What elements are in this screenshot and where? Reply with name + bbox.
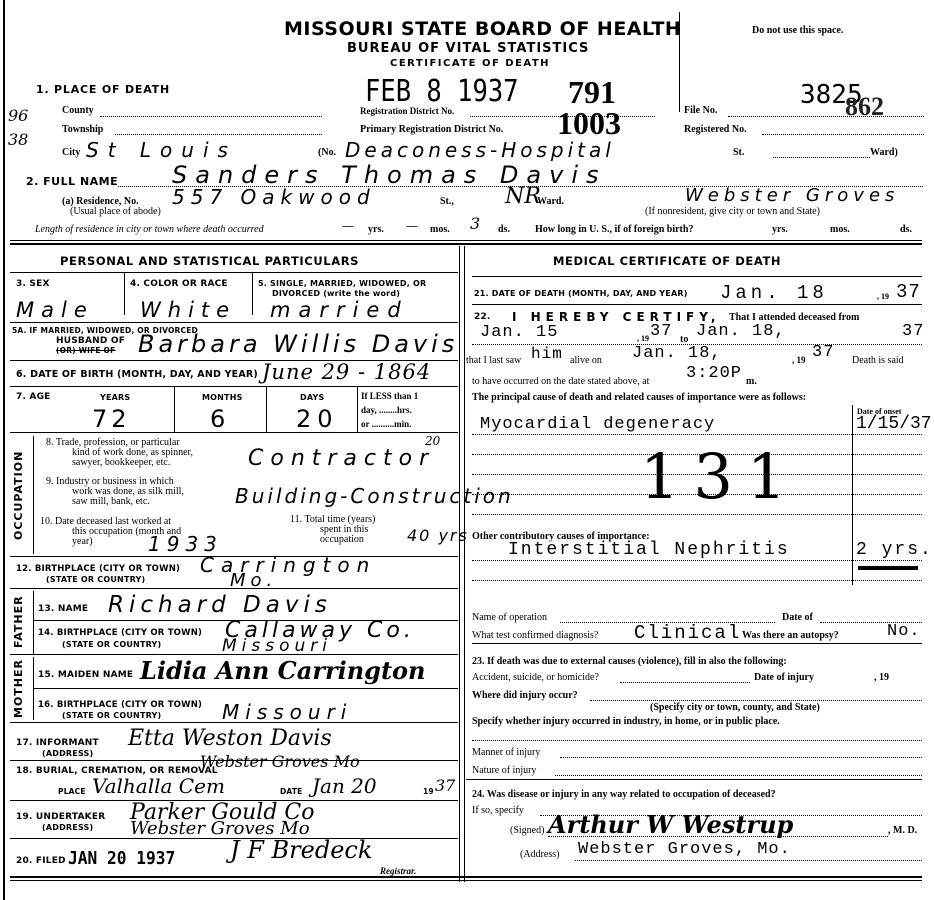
father-side-label: FATHER: [12, 595, 25, 648]
principal-cause-label: The principal cause of death and related…: [472, 392, 806, 403]
city-label: City: [62, 147, 80, 158]
primary-registration-label: Primary Registration District No.: [360, 124, 503, 135]
birthplace-city-value: Carrington: [200, 553, 376, 577]
row-7-rule: [10, 432, 458, 433]
days-label: DAYS: [300, 393, 324, 402]
burial-place-value: Valhalla Cem: [92, 774, 225, 798]
injury-year-label: , 19: [874, 672, 889, 683]
burial-date-value: Jan 20: [312, 774, 377, 798]
us-ds-label: ds.: [900, 224, 912, 235]
burial-place-label: PLACE: [58, 787, 86, 796]
header-bottom-rule-1: [10, 240, 922, 241]
autopsy-value: No.: [887, 622, 921, 641]
last-saw-label: that I last saw: [466, 355, 521, 366]
less-than-day-label-2: day, ........hrs.: [361, 405, 412, 415]
township-label: Township: [62, 124, 103, 135]
industry-value: Building-Construction: [235, 484, 514, 508]
footer-rule-1: [10, 876, 922, 878]
age-divider-2: [266, 387, 267, 432]
trade-value: Contractor: [248, 446, 435, 471]
attended-from-year-prefix: , 19: [637, 334, 649, 343]
age-years-value: 72: [92, 405, 131, 433]
file-no-overwrite: 862: [845, 92, 884, 122]
attended-from-value: Jan. 15: [480, 323, 558, 342]
marital-label-1: 5. SINGLE, MARRIED, WIDOWED, OR: [258, 279, 426, 288]
residence-sub-label: (Usual place of abode): [70, 206, 161, 217]
file-no-line: [728, 116, 924, 117]
institution-ward-label: Ward): [870, 147, 898, 158]
attended-from-year: 37: [650, 322, 672, 341]
death-said-label: Death is said: [852, 355, 904, 366]
burial-year-prefix: 19: [423, 787, 434, 796]
test-label: What test confirmed diagnosis?: [472, 630, 598, 641]
father-name-value: Richard Davis: [108, 592, 332, 618]
months-label: MONTHS: [202, 393, 243, 402]
informant-address-value: Webster Groves Mo: [200, 752, 360, 771]
nonresident-value: Webster Groves: [685, 185, 899, 206]
left-border: [3, 0, 5, 900]
sex-value: Male: [16, 298, 94, 322]
diagnosis-rule: [472, 643, 922, 644]
informant-label: 17. INFORMANT: [16, 738, 99, 748]
mother-name-rule: [34, 688, 458, 689]
length-mos-label: mos.: [430, 224, 450, 235]
length-mos-value: —: [406, 219, 418, 233]
length-yrs-label: yrs.: [368, 224, 384, 235]
attended-to-value: Jan. 18,: [696, 322, 786, 341]
file-no-label: File No.: [684, 105, 717, 116]
full-name-label: 2. FULL NAME: [26, 175, 118, 188]
nature-line: [555, 775, 922, 776]
county-label: County: [62, 105, 94, 116]
occupation-related-label: 24. Was disease or injury in any way rel…: [472, 789, 776, 800]
length-yrs-value: —: [342, 219, 354, 233]
race-value: White: [140, 298, 236, 322]
registered-no-line: [762, 134, 924, 135]
other-cause-value: Interstitial Nephritis: [508, 540, 790, 560]
last-saw-who: him: [531, 345, 563, 363]
physician-address-value: Webster Groves, Mo.: [578, 840, 791, 859]
injury-place-type-label: Specify whether injury occurred in indus…: [472, 716, 780, 727]
less-than-day-label-1: If LESS than 1: [361, 391, 418, 401]
father-birthplace-state-value: Missouri: [222, 636, 332, 656]
dob-label: 6. DATE OF BIRTH (MONTH, DAY, AND YEAR): [16, 369, 258, 380]
age-divider-3: [357, 387, 358, 432]
dob-value: June 29 - 1864: [262, 360, 431, 384]
total-time-value: 40 yrs: [407, 526, 469, 545]
row-3-rule: [10, 322, 458, 323]
last-worked-label-3: year): [72, 536, 93, 547]
manner-label: Manner of injury: [472, 747, 540, 758]
test-value: Clinical: [634, 622, 741, 644]
dod-year-prefix: , 19: [877, 292, 889, 301]
filed-label: 20. FILED: [16, 856, 66, 866]
marital-label-2: DIVORCED (write the word): [272, 289, 400, 298]
spouse-value: Barbara Willis Davis: [138, 330, 458, 358]
age-months-value: 6: [210, 405, 231, 433]
nature-label: Nature of injury: [472, 765, 536, 776]
us-mos-label: mos.: [830, 224, 850, 235]
signed-label: (Signed): [510, 825, 544, 836]
dod-label: 21. DATE OF DEATH (MONTH, DAY, AND YEAR): [474, 289, 688, 298]
medical-section-title: MEDICAL CERTIFICATE OF DEATH: [553, 254, 781, 268]
external-causes-label: 23. If death was due to external causes …: [472, 656, 787, 667]
mother-side-label: MOTHER: [12, 659, 25, 718]
township-line[interactable]: [115, 134, 322, 135]
other-onset-value: 2 yrs.: [856, 540, 933, 560]
operation-label: Name of operation: [472, 612, 547, 623]
place-of-death-heading: 1. PLACE OF DEATH: [36, 83, 170, 96]
center-divider-b: [464, 246, 465, 882]
last-saw-year-prefix: , 19: [792, 355, 806, 365]
physician-address-label: (Address): [520, 849, 559, 860]
principal-onset-value: 1/15/37: [856, 414, 932, 434]
occupation-side-label: OCCUPATION: [12, 451, 25, 540]
certify-number: 22.: [474, 312, 491, 322]
mother-name-value: Lidia Ann Carrington: [140, 656, 426, 685]
residence-ward-label: Ward.: [537, 196, 564, 207]
header-bottom-rule-2: [10, 243, 922, 245]
signature-line: [548, 836, 888, 837]
registrar-signature: J F Bredeck: [230, 836, 372, 864]
center-divider-a: [459, 246, 460, 882]
cause-line-5: [472, 514, 922, 515]
onset-strike: [858, 566, 918, 570]
years-label: YEARS: [100, 393, 130, 402]
md-label: , M. D.: [888, 825, 917, 836]
father-birthplace-label-2: (STATE OR COUNTRY): [62, 640, 161, 649]
institution-value: Deaconess-Hospital: [345, 138, 615, 162]
length-residence-label: Length of residence in city or town wher…: [35, 224, 264, 235]
spouse-label-2: HUSBAND OF: [56, 336, 125, 346]
row-6-rule: [10, 386, 458, 387]
industry-label-3: saw mill, bank, etc.: [72, 496, 150, 507]
primary-registration-no: 1003: [557, 105, 621, 142]
injury-place-line: [472, 740, 922, 741]
dod-rule: [472, 304, 922, 305]
time-suffix: m.: [746, 376, 757, 387]
age-divider-1: [174, 387, 175, 432]
us-length-label: How long in U. S., if of foreign birth?: [535, 224, 693, 235]
other-cause-line-1: [472, 560, 922, 561]
father-side-rule: [33, 591, 34, 654]
registration-district-label: Registration District No.: [360, 106, 454, 116]
operation-date-label: Date of: [782, 612, 813, 623]
residence-value: 557 Oakwood: [172, 185, 376, 209]
sex-label: 3. SEX: [16, 279, 50, 289]
length-ds-value: 3: [470, 214, 480, 233]
us-yrs-label: yrs.: [772, 224, 788, 235]
margin-note-bottom: 38: [8, 130, 28, 149]
accident-label: Accident, suicide, or homicide?: [472, 672, 599, 683]
form-title: MISSOURI STATE BOARD OF HEALTH: [284, 18, 681, 40]
county-line[interactable]: [100, 116, 322, 117]
dod-year-value: 37: [896, 281, 921, 303]
manner-line: [560, 757, 922, 758]
race-label: 4. COLOR OR RACE: [130, 279, 228, 289]
address-line: [575, 860, 922, 861]
undertaker-label: 19. UNDERTAKER: [16, 812, 105, 822]
sex-race-divider: [124, 273, 125, 315]
occupation-side-rule: [33, 436, 34, 554]
marital-value: married: [270, 298, 409, 322]
if-so-label: If so, specify: [472, 805, 524, 816]
autopsy-label: Was there an autopsy?: [742, 630, 839, 641]
informant-address-label: (ADDRESS): [42, 749, 93, 758]
filed-date-stamp: JAN 20 1937: [68, 848, 175, 869]
personal-section-title: PERSONAL AND STATISTICAL PARTICULARS: [60, 254, 359, 268]
margin-note-top: 96: [8, 106, 28, 125]
time-value: 3:20P: [686, 364, 742, 383]
where-injury-sub-label: (Specify city or town, county, and State…: [650, 702, 820, 713]
city-value: St Louis: [86, 138, 237, 162]
father-birthplace-label-1: 14. BIRTHPLACE (CITY OR TOWN): [38, 628, 202, 638]
trade-code: 20: [425, 434, 440, 448]
residence-ward-value: NR: [505, 184, 541, 209]
birthplace-rule: [10, 588, 458, 589]
injury-date-label: Date of injury: [754, 672, 814, 683]
ward-line: [773, 157, 870, 158]
attended-to-year: 37: [902, 322, 924, 341]
mother-birthplace-label-2: (STATE OR COUNTRY): [62, 711, 161, 720]
birthplace-label-2: (STATE OR COUNTRY): [46, 575, 145, 584]
trade-label-3: sawyer, bookkeeper, etc.: [72, 457, 170, 468]
injury-rule: [466, 779, 922, 780]
institution-no-label: (No.: [318, 147, 336, 158]
institution-st-label: St.: [733, 147, 744, 158]
where-injury-label: Where did injury occur?: [472, 690, 578, 701]
personal-title-rule: [10, 272, 458, 273]
burial-year-value: 37: [435, 776, 455, 795]
burial-date-label: DATE: [280, 787, 303, 796]
do-not-use-note: Do not use this space.: [752, 25, 843, 36]
undertaker-address-label: (ADDRESS): [42, 823, 93, 832]
registered-no-label: Registered No.: [684, 124, 747, 135]
age-days-value: 20: [296, 405, 339, 433]
principal-cause-value: Myocardial degeneracy: [480, 415, 715, 434]
nonresident-label: (If nonresident, give city or town and S…: [645, 206, 820, 217]
accident-line: [620, 682, 750, 683]
length-ds-label: ds.: [498, 224, 510, 235]
mother-name-label: 15. MAIDEN NAME: [38, 670, 133, 680]
mother-bottom-rule: [10, 722, 458, 723]
father-bottom-rule: [10, 654, 458, 655]
medical-title-rule: [472, 276, 922, 277]
bureau-title: BUREAU OF VITAL STATISTICS: [347, 41, 589, 56]
cause-line-1: [472, 434, 922, 435]
footer-rule-2: [10, 880, 922, 881]
less-than-day-label-3: or ..........min.: [361, 419, 411, 429]
dod-value: Jan. 18: [720, 282, 828, 304]
physician-signature: Arthur W Westrup: [548, 810, 793, 839]
last-saw-date: Jan. 18,: [632, 344, 722, 363]
age-label: 7. AGE: [16, 392, 51, 402]
total-time-label-3: occupation: [320, 534, 364, 545]
last-saw-year: 37: [812, 343, 834, 362]
birthplace-label-1: 12. BIRTHPLACE (CITY OR TOWN): [16, 564, 180, 574]
other-cause-line-2: [472, 580, 922, 581]
where-injury-line: [590, 700, 922, 701]
certify-title: I HEREBY CERTIFY,: [512, 310, 721, 324]
informant-value: Etta Weston Davis: [128, 726, 332, 751]
mother-birthplace-value: Missouri: [222, 700, 352, 724]
received-stamp-date: FEB 8 1937: [365, 74, 519, 109]
cause-code-annotation: 131: [640, 440, 800, 513]
registrar-label: Registrar.: [380, 866, 416, 876]
father-name-label: 13. NAME: [38, 604, 88, 614]
onset-column-divider: [852, 405, 853, 585]
occurred-label: to have occurred on the date stated abov…: [472, 376, 649, 387]
mother-birthplace-label-1: 16. BIRTHPLACE (CITY OR TOWN): [38, 700, 202, 710]
spouse-label-3: (OR) WIFE OF: [56, 346, 115, 355]
residence-st-label: St.,: [440, 196, 454, 207]
race-marital-divider: [252, 273, 253, 315]
alive-on-label: alive on: [570, 355, 602, 366]
certificate-title: CERTIFICATE OF DEATH: [390, 58, 550, 69]
